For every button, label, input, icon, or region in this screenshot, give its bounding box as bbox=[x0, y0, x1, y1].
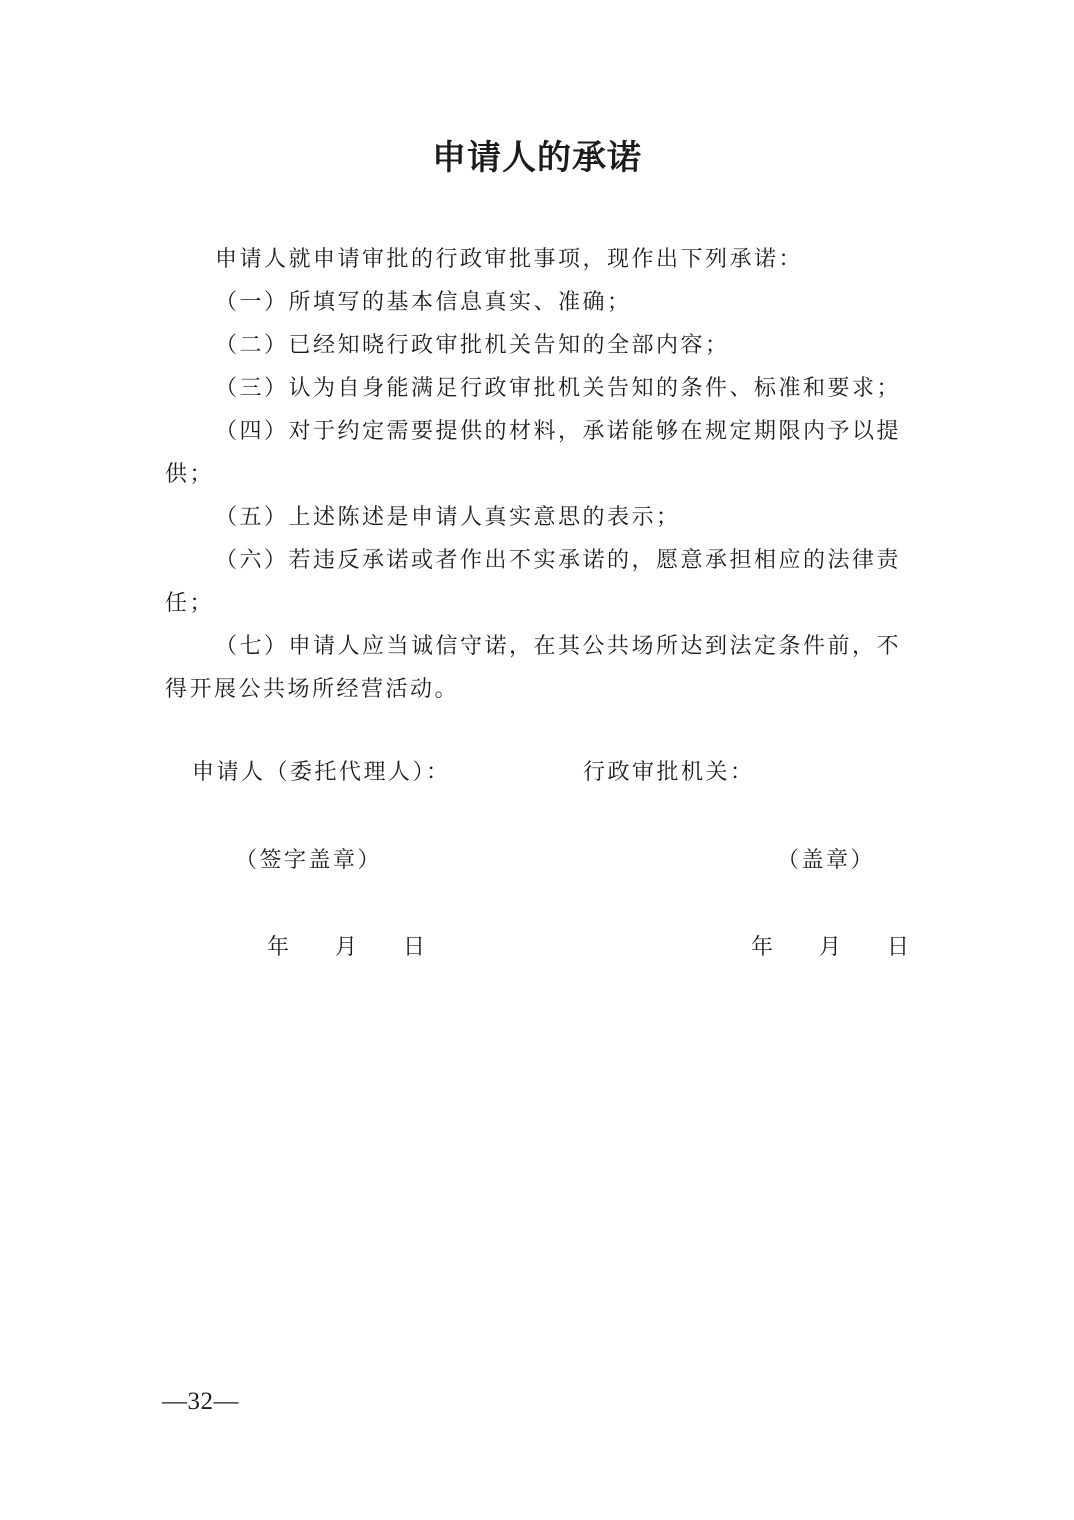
page-number: —32— bbox=[162, 1388, 239, 1416]
authority-day-label: 日 bbox=[887, 933, 909, 961]
document-page: 申请人的承诺 申请人就申请审批的行政审批事项，现作出下列承诺： （一）所填写的基… bbox=[0, 0, 1074, 1520]
promise-item-4-line-1: （四）对于约定需要提供的材料，承诺能够在规定期限内予以提 bbox=[165, 409, 945, 452]
promise-item-6-line-2: 任； bbox=[165, 581, 945, 624]
applicant-month-label: 月 bbox=[335, 933, 357, 961]
applicant-date-line: 年 月 日 bbox=[267, 933, 425, 961]
applicant-year-label: 年 bbox=[267, 933, 289, 961]
page-title: 申请人的承诺 bbox=[0, 130, 1074, 179]
promise-item-7-line-2: 得开展公共场所经营活动。 bbox=[165, 667, 945, 710]
applicant-day-label: 日 bbox=[403, 933, 425, 961]
authority-party-label: 行政审批机关： bbox=[583, 758, 755, 786]
promise-item-1-line: （一）所填写的基本信息真实、准确； bbox=[165, 280, 945, 323]
authority-year-label: 年 bbox=[751, 933, 773, 961]
authority-seal-note: （盖章） bbox=[777, 846, 875, 874]
promise-item-7-line-1: （七）申请人应当诚信守诺，在其公共场所达到法定条件前，不 bbox=[165, 624, 945, 667]
promise-item-3-line: （三）认为自身能满足行政审批机关告知的条件、标准和要求； bbox=[165, 366, 945, 409]
promise-item-5-line: （五）上述陈述是申请人真实意思的表示； bbox=[165, 495, 945, 538]
promise-intro-line: 申请人就申请审批的行政审批事项，现作出下列承诺： bbox=[165, 237, 945, 280]
promise-item-2-line: （二）已经知晓行政审批机关告知的全部内容； bbox=[165, 323, 945, 366]
applicant-seal-note: （签字盖章） bbox=[235, 846, 382, 874]
promise-item-6-line-1: （六）若违反承诺或者作出不实承诺的，愿意承担相应的法律责 bbox=[165, 538, 945, 581]
authority-date-line: 年 月 日 bbox=[751, 933, 909, 961]
applicant-party-label: 申请人（委托代理人）： bbox=[192, 758, 451, 786]
promise-item-4-line-2: 供； bbox=[165, 452, 945, 495]
authority-month-label: 月 bbox=[819, 933, 841, 961]
promise-body: 申请人就申请审批的行政审批事项，现作出下列承诺： （一）所填写的基本信息真实、准… bbox=[165, 237, 945, 710]
